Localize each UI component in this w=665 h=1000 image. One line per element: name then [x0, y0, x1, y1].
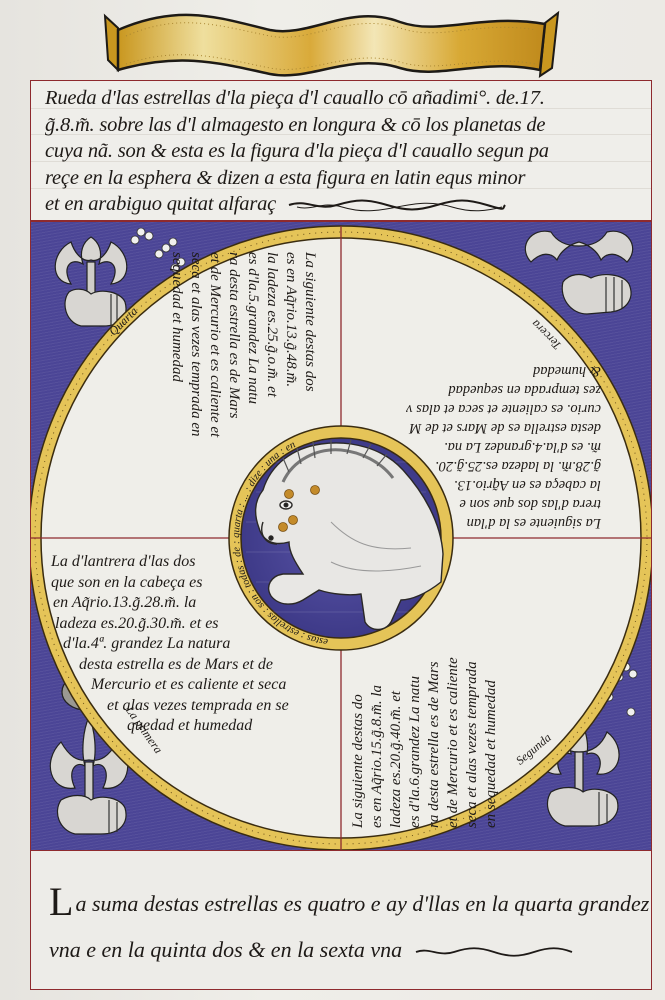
text-line: en sequedad et humedad	[482, 657, 501, 828]
text-line: ra desta estrella es de Mars	[224, 252, 243, 437]
text-line: g̃.28.m̃. la ladeza es.25.g̃.20.	[406, 456, 601, 475]
star-wheel-panel: Quarta Tercera La primera Segunda estas …	[30, 221, 652, 851]
title-line: Rueda d'las estrellas d'la pieça d'l cau…	[45, 85, 641, 112]
quadrant-text-third: La siguiente es la d'lan trera d'las dos…	[406, 361, 601, 532]
title-line: cuya nã. son & esta es la figura d'la pi…	[45, 138, 641, 165]
line-filler-flourish	[414, 945, 574, 959]
quadrant-text-fourth: La siguiente destas dos es en Aq̃rio.13.…	[167, 252, 319, 437]
text-line: la ladeza es.25.g̃.o.m̃. et	[262, 252, 281, 437]
text-line: es d'la.5.grandez La natu	[243, 252, 262, 437]
text-line: quedad et humedad	[51, 716, 289, 737]
text-line: seca et alas vezes temprada en	[186, 252, 205, 437]
text-line: ladeza es.20.g̃.30.m̃. et es	[51, 614, 289, 635]
text-line: es en Aq̃rio.13.g̃.48.m̃.	[281, 252, 300, 437]
text-line: La siguiente es la d'lan	[406, 513, 601, 532]
summary-line: vna e en la quinta dos & en la sexta vna	[49, 937, 402, 962]
star-icon	[279, 523, 288, 532]
title-line: reçe en la esphera & dizen a esta figura…	[45, 165, 641, 192]
text-line: sequedad et humedad	[167, 252, 186, 437]
text-line: zes temprada en sequedad	[406, 380, 601, 399]
line-filler-flourish	[287, 197, 507, 213]
text-line: desta estrella es de Mars et de M	[406, 418, 601, 437]
quadrant-text-second: La siguiente destas do es en Aq̃rio.15.g…	[349, 657, 501, 828]
decorated-initial: L	[49, 879, 73, 924]
text-line: & humedad	[406, 361, 601, 380]
text-line: et de Mercurio et es caliente	[444, 657, 463, 828]
text-line: La siguiente destas dos	[300, 252, 319, 437]
summary-box: La suma destas estrellas es quatro e ay …	[30, 850, 652, 990]
title-line: g̃.8.m̃. sobre las d'l almagesto en long…	[45, 112, 641, 139]
text-line: d'la.4ª. grandez La natura	[51, 634, 289, 655]
text-line: et de Mercurio et es caliente et	[205, 252, 224, 437]
title-box: Rueda d'las estrellas d'la pieça d'l cau…	[30, 80, 652, 221]
text-line: curio. es caliente et seca et alas v	[406, 399, 601, 418]
star-icon	[311, 486, 320, 495]
scroll-banner	[100, 8, 565, 83]
text-line: que son en la cabeça es	[51, 573, 289, 594]
star-wheel: Quarta Tercera La primera Segunda estas …	[31, 222, 652, 851]
star-icon	[285, 490, 294, 499]
summary-line: a suma destas estrellas es quatro e ay d…	[75, 891, 649, 916]
quadrant-text-first: La d'lantrera d'las dos que son en la ca…	[51, 552, 289, 737]
text-line: es d'la.6.grandez La natu	[406, 657, 425, 828]
text-line: La siguiente destas do	[349, 657, 368, 828]
star-icon	[289, 516, 298, 525]
text-line: La d'lantrera d'las dos	[51, 552, 289, 573]
text-line: et alas vezes temprada en se	[51, 696, 289, 717]
text-line: desta estrella es de Mars et de	[51, 655, 289, 676]
text-line: trera d'las dos que son e	[406, 494, 601, 513]
text-line: la cabeça es en Aq̃rio.13.	[406, 475, 601, 494]
title-heading: Rueda d'las estrellas d'la pieça d'l cau…	[45, 85, 641, 218]
summary-text: La suma destas estrellas es quatro e ay …	[49, 879, 639, 973]
text-line: en Aq̃rio.13.g̃.28.m̃. la	[51, 593, 289, 614]
title-line: et en arabiguo quitat alfaraç	[45, 193, 276, 215]
text-line: seca et alas vezes temprada	[463, 657, 482, 828]
text-line: ladeza es.20.g̃.40.m̃. et	[387, 657, 406, 828]
text-line: ra desta estrella es de Mars	[425, 657, 444, 828]
text-line: m̃. es d'la.4.grandez La na.	[406, 437, 601, 456]
text-line: Mercurio et es caliente et seca	[51, 675, 289, 696]
manuscript-page: Rueda d'las estrellas d'la pieça d'l cau…	[0, 0, 665, 1000]
corner-ornament-top-left	[55, 237, 127, 326]
text-line: es en Aq̃rio.15.g̃.8.m̃. la	[368, 657, 387, 828]
